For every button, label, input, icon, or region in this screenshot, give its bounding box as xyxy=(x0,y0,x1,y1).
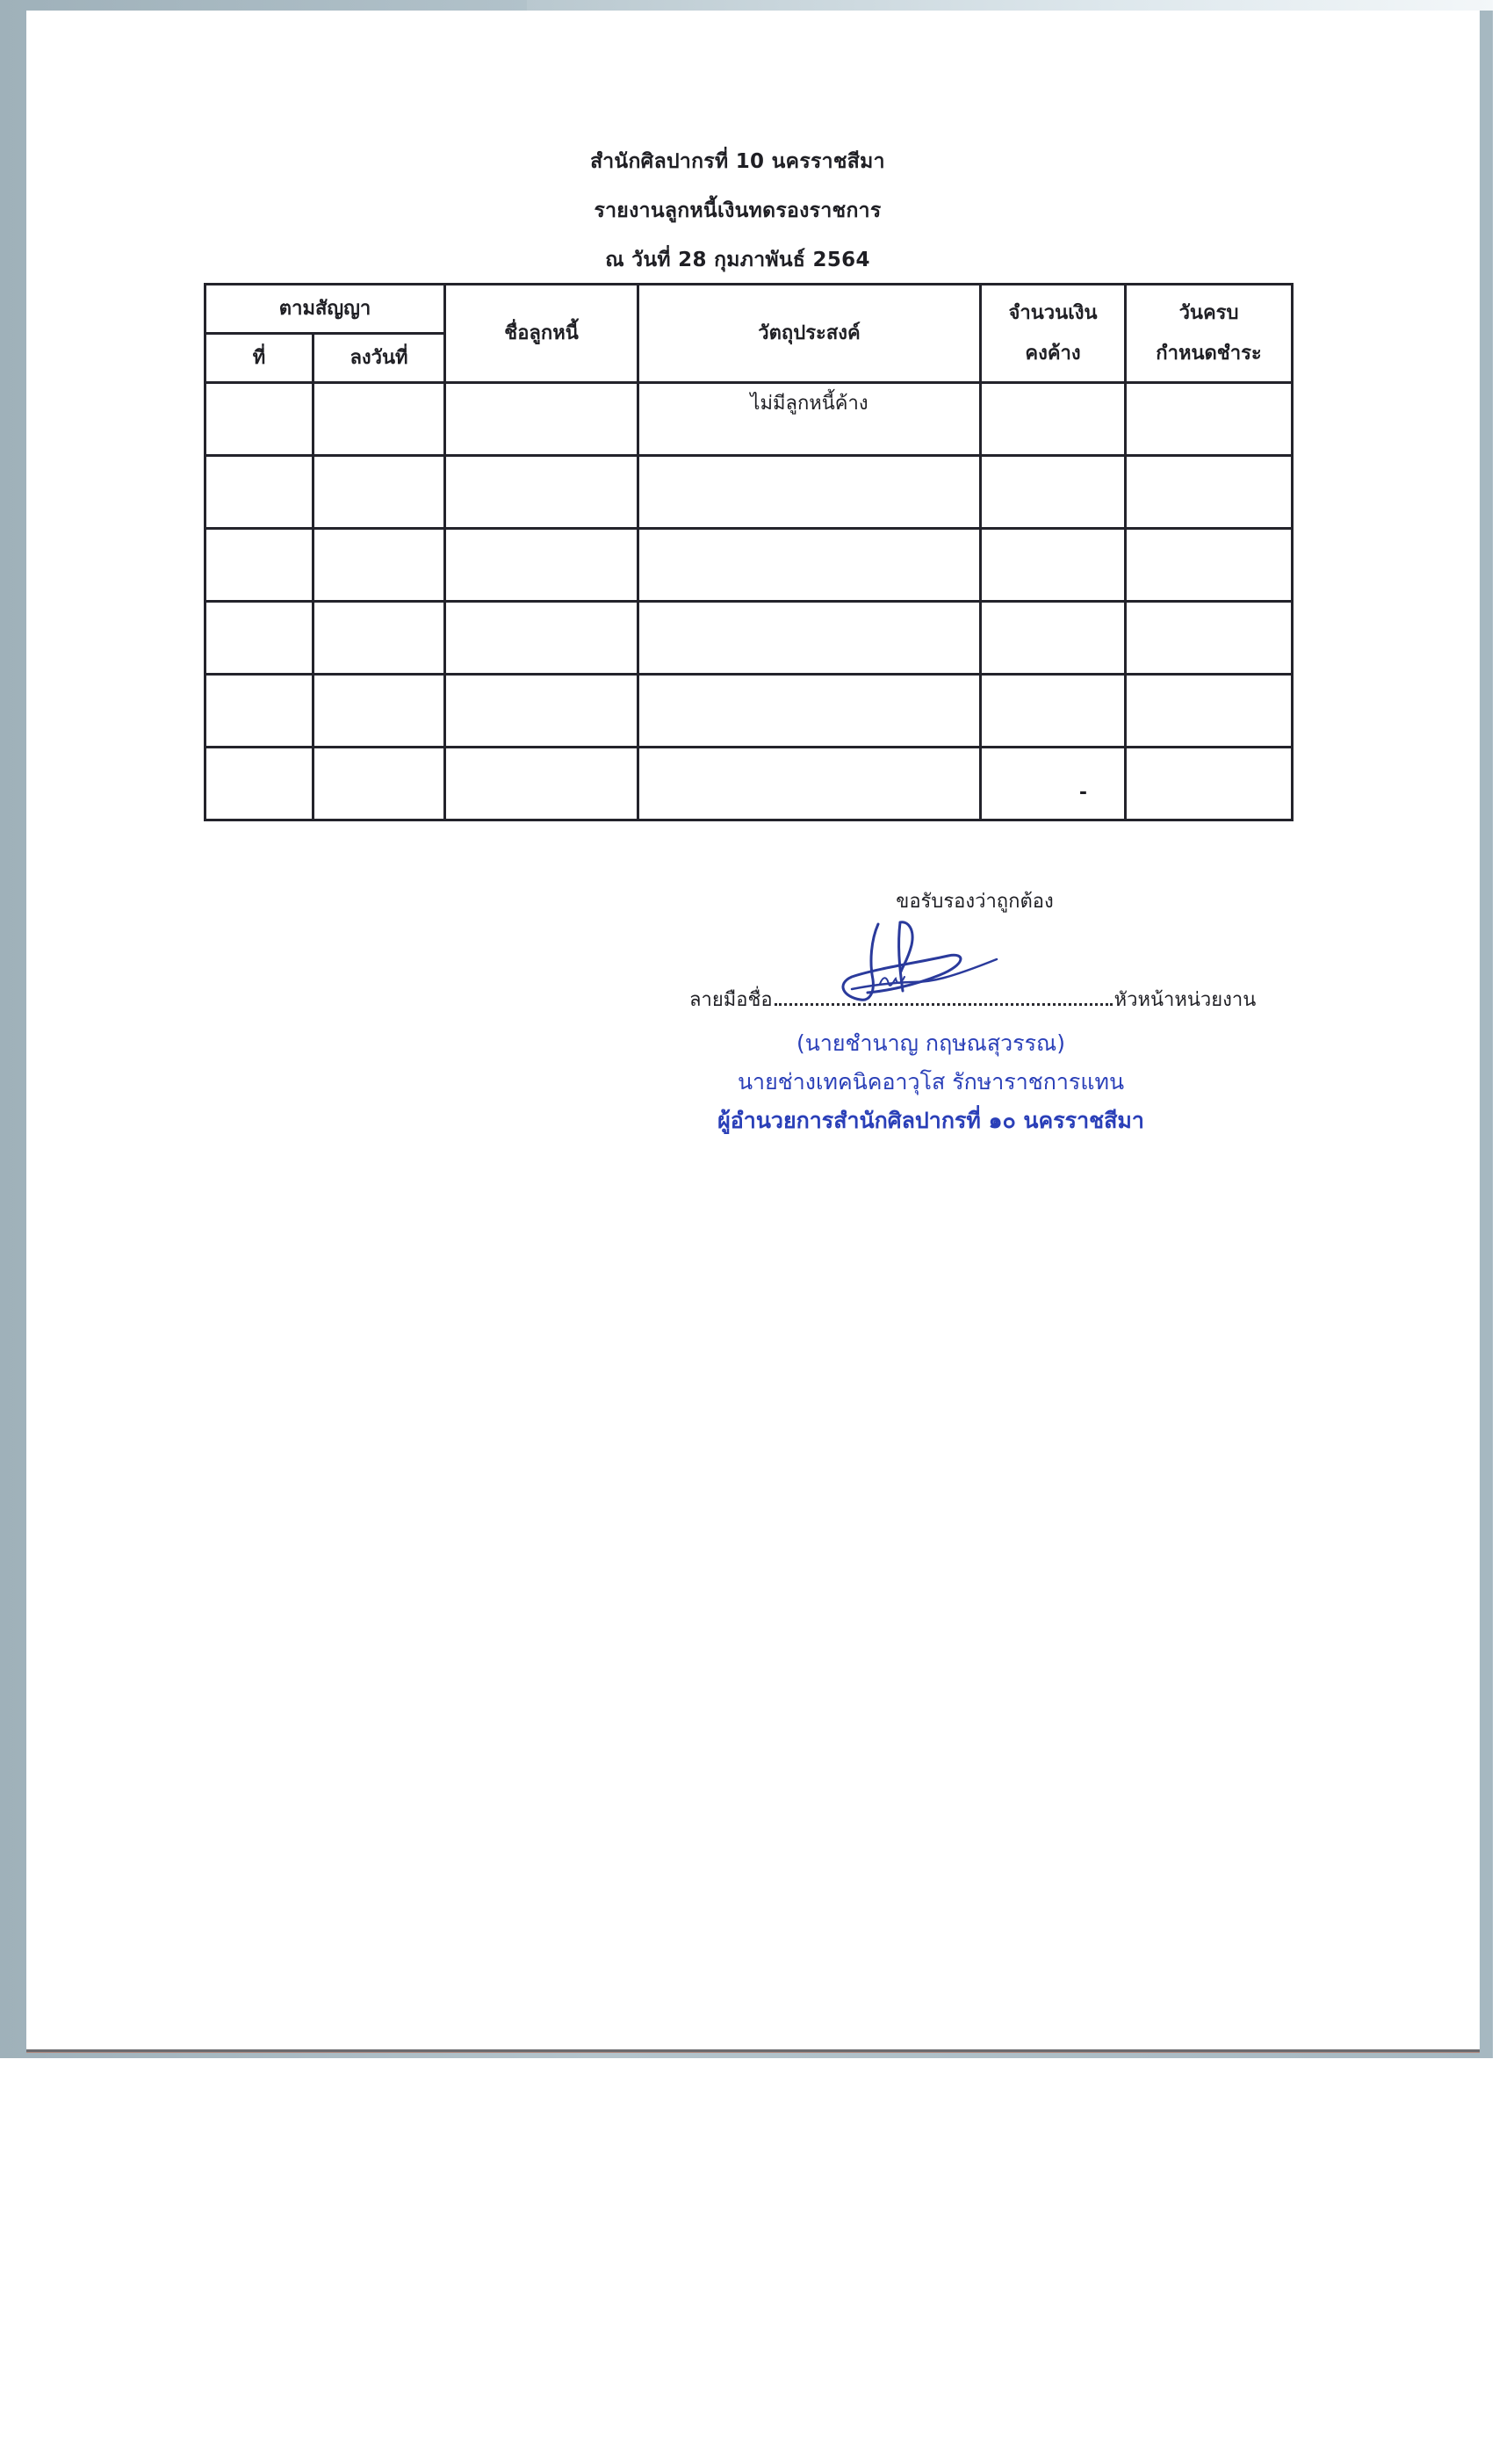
cell-purpose xyxy=(638,748,981,820)
cell-contract-date xyxy=(313,383,445,456)
cell-contract-date xyxy=(313,602,445,675)
cell-text xyxy=(982,603,1124,636)
cell-due-date xyxy=(1126,383,1293,456)
cell-contract-no xyxy=(205,456,313,529)
cell-text xyxy=(639,457,979,460)
cell-text xyxy=(446,676,637,679)
cell-purpose xyxy=(638,602,981,675)
header-contract-group: ตามสัญญา xyxy=(205,285,445,334)
cell-text xyxy=(206,676,312,679)
cell-purpose xyxy=(638,675,981,748)
report-date: ณ วันที่ 28 กุมภาพันธ์ 2564 xyxy=(0,244,1475,276)
cell-contract-date xyxy=(313,675,445,748)
cell-text xyxy=(314,748,443,752)
cell-text: ไม่มีลูกหนี้ค้าง xyxy=(639,384,979,418)
cell-text xyxy=(206,384,312,387)
signer-position: นายช่างเทคนิคอาวุโส รักษาราชการแทน xyxy=(667,1065,1194,1100)
certification-statement: ขอรับรองว่าถูกต้อง xyxy=(861,885,1089,916)
cell-amount xyxy=(981,675,1126,748)
cell-debtor-name xyxy=(445,748,638,820)
cell-contract-date xyxy=(313,529,445,602)
signer-office: ผู้อำนวยการสำนักศิลปากรที่ ๑๐ นครราชสีมา xyxy=(667,1103,1194,1138)
cell-debtor-name xyxy=(445,602,638,675)
cell-text xyxy=(206,603,312,606)
cell-text xyxy=(1127,748,1291,752)
cell-text xyxy=(639,748,979,752)
cell-text xyxy=(982,457,1124,490)
signature-line: ลายมือชื่อหัวหน้าหน่วยงาน xyxy=(689,984,1256,1015)
cell-due-date xyxy=(1126,675,1293,748)
header-purpose: วัตถุประสงค์ xyxy=(638,285,981,383)
cell-due-date xyxy=(1126,456,1293,529)
cell-contract-no xyxy=(205,748,313,820)
cell-text xyxy=(982,530,1124,563)
cell-due-date xyxy=(1126,602,1293,675)
cell-text: - xyxy=(982,748,1124,804)
header-amount-line1: จำนวนเงิน xyxy=(982,301,1124,326)
cell-amount: - xyxy=(981,748,1126,820)
table-row: - xyxy=(205,748,1293,820)
cell-text xyxy=(446,530,637,533)
cell-purpose xyxy=(638,456,981,529)
cell-text xyxy=(314,457,443,460)
cell-text xyxy=(446,603,637,606)
cell-debtor-name xyxy=(445,675,638,748)
cell-text xyxy=(982,384,1124,417)
cell-text xyxy=(1127,603,1291,606)
cell-text xyxy=(639,676,979,679)
cell-text xyxy=(1127,384,1291,387)
cell-contract-no xyxy=(205,675,313,748)
report-title: รายงานลูกหนี้เงินทดรองราชการ xyxy=(0,195,1475,227)
cell-due-date xyxy=(1126,748,1293,820)
cell-text xyxy=(314,603,443,606)
office-name: สำนักศิลปากรที่ 10 นครราชสีมา xyxy=(0,146,1475,177)
cell-contract-no xyxy=(205,602,313,675)
scanner-edge xyxy=(527,0,1493,11)
cell-text xyxy=(639,603,979,606)
cell-due-date xyxy=(1126,529,1293,602)
cell-amount xyxy=(981,383,1126,456)
cell-text xyxy=(314,384,443,387)
table-row: ไม่มีลูกหนี้ค้าง xyxy=(205,383,1293,456)
cell-contract-date xyxy=(313,456,445,529)
header-debtor-name: ชื่อลูกหนี้ xyxy=(445,285,638,383)
cell-debtor-name xyxy=(445,456,638,529)
signature-label: ลายมือชื่อ xyxy=(689,989,773,1011)
cell-text xyxy=(1127,676,1291,679)
table-row xyxy=(205,675,1293,748)
cell-text xyxy=(982,676,1124,709)
cell-contract-no xyxy=(205,529,313,602)
cell-text xyxy=(314,530,443,533)
cell-amount xyxy=(981,456,1126,529)
table-row xyxy=(205,456,1293,529)
cell-amount xyxy=(981,529,1126,602)
cell-debtor-name xyxy=(445,529,638,602)
cell-text xyxy=(1127,457,1291,460)
cell-text xyxy=(206,457,312,460)
header-due-line1: วันครบ xyxy=(1127,301,1291,326)
cell-text xyxy=(1127,530,1291,533)
signature-dotted-line xyxy=(775,989,1113,1006)
cell-text xyxy=(206,530,312,533)
header-due-line2: กำหนดชำระ xyxy=(1127,342,1291,366)
cell-contract-date xyxy=(313,748,445,820)
cell-text xyxy=(446,748,637,752)
cell-purpose: ไม่มีลูกหนี้ค้าง xyxy=(638,383,981,456)
table-row xyxy=(205,602,1293,675)
header-due-date: วันครบ กำหนดชำระ xyxy=(1126,285,1293,383)
cell-purpose xyxy=(638,529,981,602)
cell-text xyxy=(639,530,979,533)
table-row xyxy=(205,529,1293,602)
header-outstanding-amount: จำนวนเงิน คงค้าง xyxy=(981,285,1126,383)
signer-name: (นายชำนาญ กฤษณสุวรรณ) xyxy=(667,1026,1194,1061)
cell-text xyxy=(314,676,443,679)
cell-debtor-name xyxy=(445,383,638,456)
cell-text xyxy=(446,457,637,460)
cell-text xyxy=(446,384,637,387)
table-body: ไม่มีลูกหนี้ค้าง- xyxy=(205,383,1293,820)
cell-contract-no xyxy=(205,383,313,456)
signature-role: หัวหน้าหน่วยงาน xyxy=(1114,989,1257,1011)
header-amount-line2: คงค้าง xyxy=(982,342,1124,366)
cell-amount xyxy=(981,602,1126,675)
debtor-report-table: ตามสัญญา ชื่อลูกหนี้ วัตถุประสงค์ จำนวนเ… xyxy=(204,283,1294,821)
cell-text xyxy=(206,748,312,752)
header-contract-no: ที่ xyxy=(205,334,313,383)
header-contract-date: ลงวันที่ xyxy=(313,334,445,383)
